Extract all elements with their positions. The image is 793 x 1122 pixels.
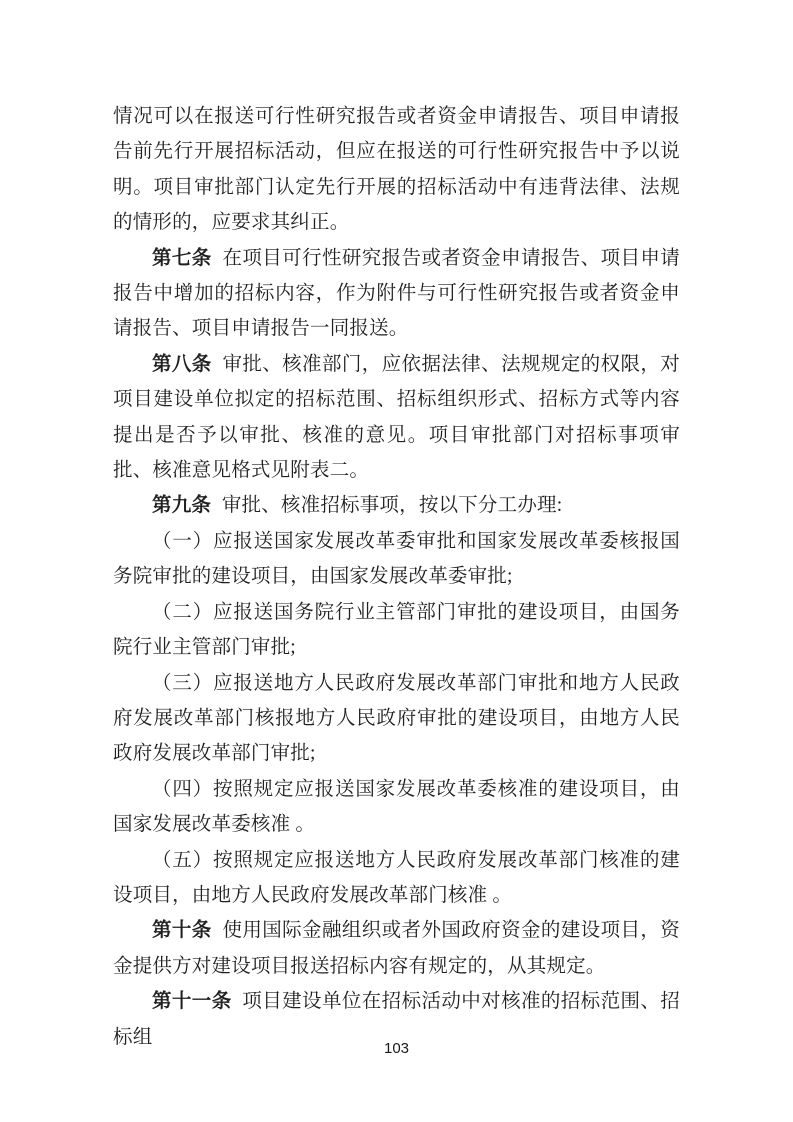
paragraph: （二）应报送国务院行业主管部门审批的建设项目，由国务院行业主管部门审批;	[113, 595, 680, 666]
paragraph: 第十条使用国际金融组织或者外国政府资金的建设项目，资金提供方对建设项目报送招标内…	[113, 913, 680, 984]
document-body: 情况可以在报送可行性研究报告或者资金申请报告、项目申请报告前先行开展招标活动，但…	[113, 99, 680, 1055]
paragraph: （三）应报送地方人民政府发展改革部门审批和地方人民政府发展改革部门核报地方人民政…	[113, 666, 680, 772]
paragraph: （五）按照规定应报送地方人民政府发展改革部门核准的建设项目，由地方人民政府发展改…	[113, 843, 680, 914]
page-number: 103	[0, 1040, 793, 1057]
article-number: 第七条	[152, 248, 212, 269]
paragraph: 第九条审批、核准招标事项，按以下分工办理:	[113, 488, 680, 523]
paragraph: 第七条在项目可行性研究报告或者资金申请报告、项目申请报告中增加的招标内容，作为附…	[113, 241, 680, 347]
document-page: 情况可以在报送可行性研究报告或者资金申请报告、项目申请报告前先行开展招标活动，但…	[0, 0, 793, 1122]
article-number: 第十一条	[152, 991, 232, 1012]
article-number: 第八条	[152, 354, 212, 375]
paragraph: 情况可以在报送可行性研究报告或者资金申请报告、项目申请报告前先行开展招标活动，但…	[113, 99, 680, 241]
article-number: 第十条	[152, 920, 212, 941]
article-number: 第九条	[152, 495, 211, 516]
paragraph: 第八条审批、核准部门，应依据法律、法规规定的权限，对项目建设单位拟定的招标范围、…	[113, 347, 680, 489]
paragraph: （四）按照规定应报送国家发展改革委核准的建设项目，由国家发展改革委核准 。	[113, 772, 680, 843]
paragraph: （一）应报送国家发展改革委审批和国家发展改革委核报国务院审批的建设项目，由国家发…	[113, 524, 680, 595]
